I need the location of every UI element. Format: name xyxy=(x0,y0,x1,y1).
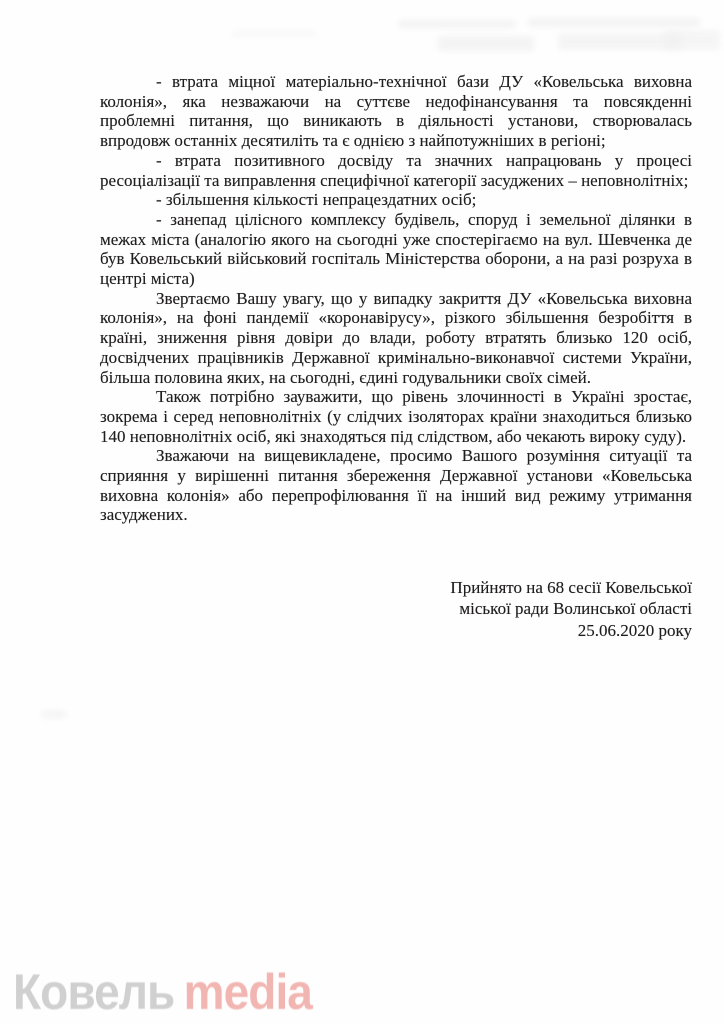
watermark-brand-text: Ковель xyxy=(13,964,174,1020)
scanned-document-page: - втрата міцної матеріально-технічної ба… xyxy=(0,0,724,1024)
document-text-block: - втрата міцної матеріально-технічної ба… xyxy=(100,72,692,641)
adoption-note-date: 25.06.2020 року xyxy=(100,620,692,641)
document-list-item: - втрата міцної матеріально-технічної ба… xyxy=(100,72,692,151)
document-list-item: - занепад цілісного комплексу будівель, … xyxy=(100,210,692,289)
adoption-note-line: міської ради Волинської області xyxy=(100,598,692,619)
adoption-note-line: Прийнято на 68 сесії Ковельської xyxy=(100,577,692,598)
document-paragraph: Зважаючи на вищевикладене, просимо Вашог… xyxy=(100,446,692,525)
scan-bleedthrough-artifact xyxy=(528,18,700,27)
kovel-media-watermark: Ковельmedia xyxy=(13,963,312,1021)
watermark-brand-accent-text: media xyxy=(184,964,312,1020)
scan-bleedthrough-artifact xyxy=(664,30,720,50)
adoption-note: Прийнято на 68 сесії Ковельської міської… xyxy=(100,577,692,641)
scan-bleedthrough-artifact xyxy=(398,20,516,28)
document-list-item: - збільшення кількості непрацездатних ос… xyxy=(100,190,692,210)
scan-smudge-artifact xyxy=(40,710,68,719)
scan-bleedthrough-artifact xyxy=(232,30,316,37)
document-list-item: - втрата позитивного досвіду та значних … xyxy=(100,151,692,190)
scan-bleedthrough-artifact xyxy=(438,36,534,51)
document-paragraph: Звертаємо Вашу увагу, що у випадку закри… xyxy=(100,289,692,388)
document-paragraph: Також потрібно зауважити, що рівень злоч… xyxy=(100,387,692,446)
